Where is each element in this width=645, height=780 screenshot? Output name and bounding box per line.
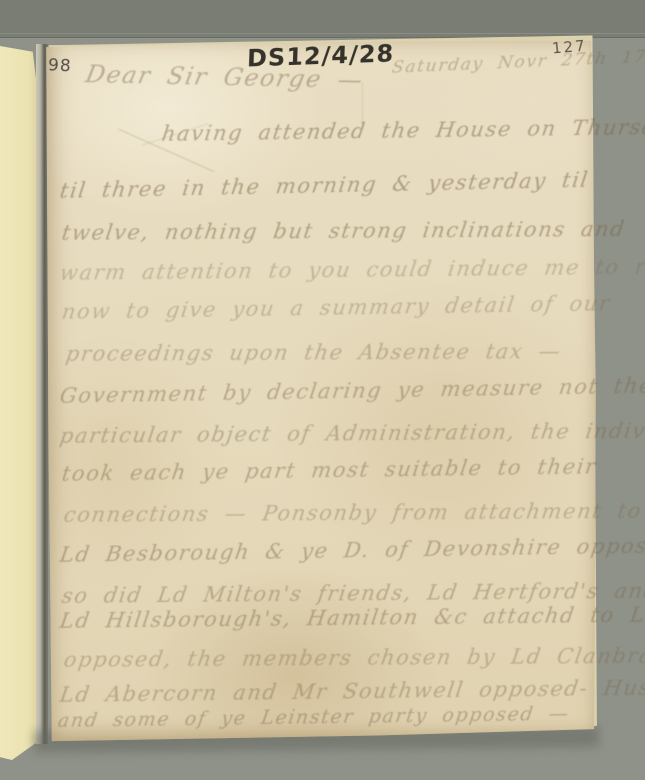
letter-body-line: connections — Ponsonby from attachment t… [62,499,644,527]
binding-gutter [36,44,48,744]
salutation-line: Dear Sir George — [83,60,366,94]
letter-body-line: twelve, nothing but strong inclinations … [60,217,627,245]
folio-number-left: 98 [47,55,72,76]
letter-body-line: particular object of Administration, the… [58,418,645,448]
letter-body-line: opposed, the members chosen by Ld Clanbr… [62,644,645,672]
left-guard-leaf [0,46,40,760]
manuscript-scan: 98 DS12/4/28 127 Dear Sir George — Satur… [0,0,645,780]
backdrop-seam-line [0,33,645,34]
letter-body-line: proceedings upon the Absentee tax — [64,339,563,366]
